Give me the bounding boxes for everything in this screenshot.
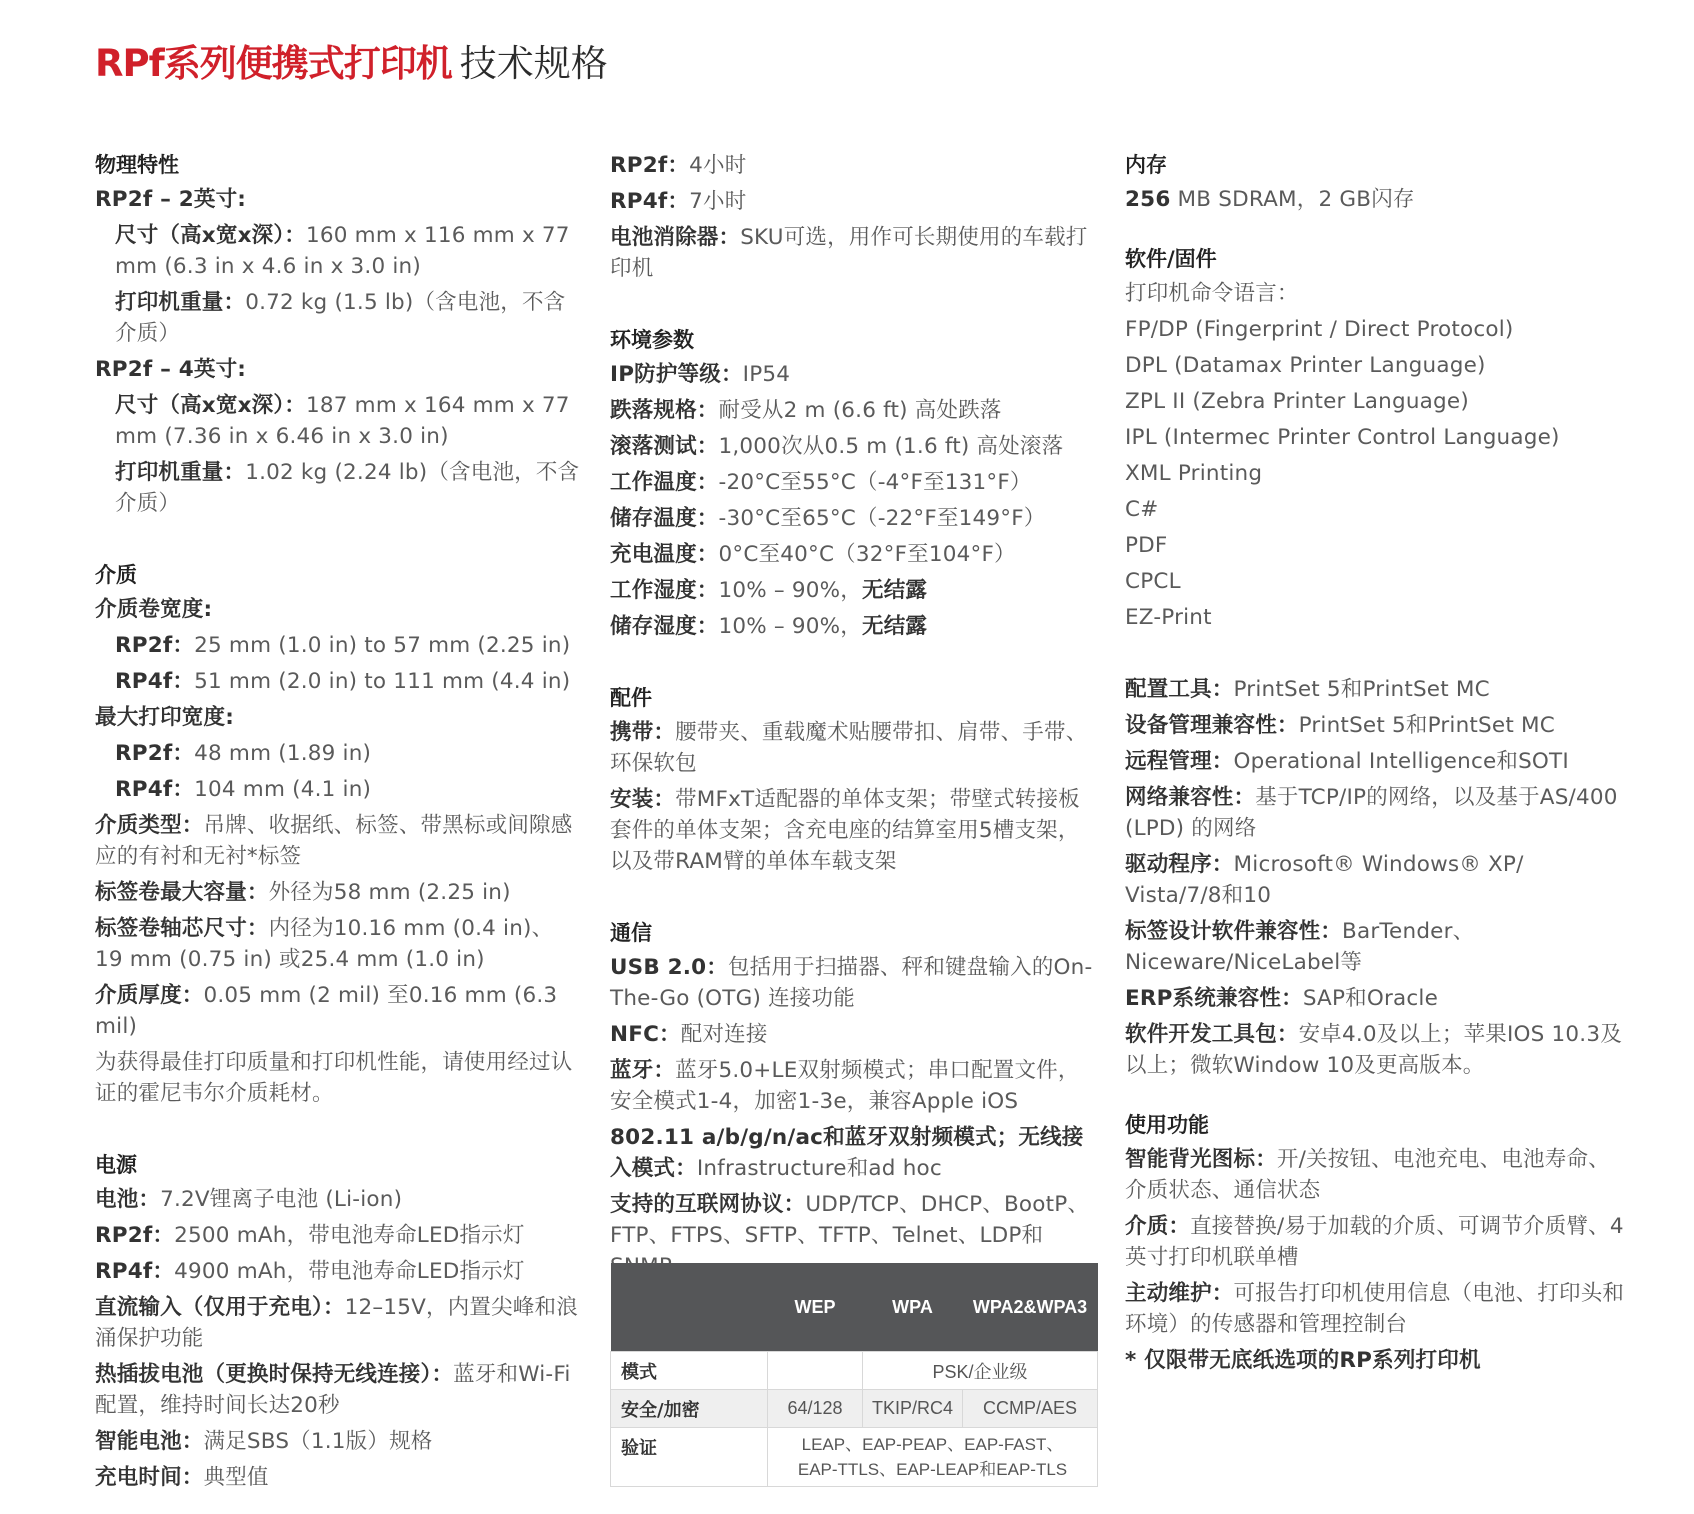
media-thickness: 介质厚度：0.05 mm (2 mil) 至0.16 mm (6.3 mil) [95,980,580,1042]
media-roll-width-heading: 介质卷宽度: [95,594,580,625]
table-cell-auth: LEAP、EAP-PEAP、EAP-FAST、 EAP-TTLS、EAP-LEA… [768,1428,1098,1487]
software-language: IPL (Intermec Printer Control Language) [1125,422,1625,453]
software-language: FP/DP (Fingerprint / Direct Protocol) [1125,314,1625,345]
table-row-label: 安全/加密 [611,1390,768,1428]
comm-wifi: 802.11 a/b/g/n/ac和蓝牙双射频模式；无线接入模式：Infrast… [610,1122,1100,1184]
env-item: 工作温度：-20°C至55°C（-4°F至131°F） [610,467,1100,498]
section-heading-media: 介质 [95,560,580,590]
physical-rp2f-dimensions: 尺寸（高x宽x深）：160 mm x 116 mm x 77 mm (6.3 i… [95,220,580,282]
physical-rp2f-weight: 打印机重量：0.72 kg (1.5 lb)（含电池，不含介质） [95,287,580,349]
env-item: 滚落测试：1,000次从0.5 m (1.6 ft) 高处滚落 [610,431,1100,462]
power-charge-rp4f: RP4f：7小时 [610,186,1100,217]
comm-nfc: NFC：配对连接 [610,1019,1100,1050]
column-left: 物理特性 RP2f – 2英寸: 尺寸（高x宽x深）：160 mm x 116 … [95,150,580,1498]
wireless-security-table: WEP WPA WPA2&WPA3 模式 PSK/企业级 安全/加密 64/12… [610,1263,1098,1487]
software-item: 标签设计软件兼容性：BarTender、Niceware/NiceLabel等 [1125,916,1625,978]
power-dc-input: 直流输入（仅用于充电）：12–15V，内置尖峰和浪涌保护功能 [95,1292,580,1354]
footnote: * 仅限带无底纸选项的RP系列打印机 [1125,1345,1625,1376]
section-heading-power: 电源 [95,1150,580,1180]
section-heading-physical: 物理特性 [95,150,580,180]
env-item: IP防护等级：IP54 [610,359,1100,390]
media-core-size: 标签卷轴芯尺寸：内径为10.16 mm (0.4 in)、19 mm (0.75… [95,913,580,975]
software-item: 设备管理兼容性：PrintSet 5和PrintSet MC [1125,710,1625,741]
software-language: C# [1125,494,1625,525]
physical-rp4f-weight: 打印机重量：1.02 kg (2.24 lb)（含电池，不含介质） [95,457,580,519]
page-title: RPf系列便携式打印机技术规格 [95,38,608,90]
media-roll-width-rp4f: RP4f：51 mm (2.0 in) to 111 mm (4.4 in) [95,666,580,697]
usage-item: 主动维护：可报告打印机使用信息（电池、打印头和环境）的传感器和管理控制台 [1125,1278,1625,1340]
comm-bluetooth: 蓝牙：蓝牙5.0+LE双射频模式；串口配置文件，安全模式1-4，加密1-3e，兼… [610,1055,1100,1117]
media-max-print-rp2f: RP2f：48 mm (1.89 in) [95,738,580,769]
auth-line-2: EAP-TTLS、EAP-LEAP和EAP-TLS [774,1457,1091,1482]
media-note: 为获得最佳打印质量和打印机性能，请使用经过认证的霍尼韦尔介质耗材。 [95,1047,580,1109]
usage-item: 智能背光图标：开/关按钮、电池充电、电池寿命、介质状态、通信状态 [1125,1144,1625,1206]
env-item: 充电温度：0°C至40°C（32°F至104°F） [610,539,1100,570]
table-row-label: 模式 [611,1352,768,1390]
section-heading-memory: 内存 [1125,150,1625,180]
physical-rp2f-heading: RP2f – 2英寸: [95,184,580,215]
software-language: EZ-Print [1125,602,1625,633]
software-item: ERP系统兼容性：SAP和Oracle [1125,983,1625,1014]
power-hot-swap: 热插拔电池（更换时保持无线连接）：蓝牙和Wi-Fi配置，维持时间长达20秒 [95,1359,580,1421]
section-heading-software: 软件/固件 [1125,244,1625,274]
accessories-carry: 携带：腰带夹、重载魔术贴腰带扣、肩带、手带、环保软包 [610,717,1100,779]
env-item: 储存湿度：10% – 90%，无结露 [610,611,1100,642]
table-row-label: 验证 [611,1428,768,1487]
column-middle: RP2f：4小时 RP4f：7小时 电池消除器：SKU可选，用作可长期使用的车载… [610,150,1100,1287]
section-heading-accessories: 配件 [610,683,1100,713]
memory-value: 256 MB SDRAM，2 GB闪存 [1125,184,1625,215]
table-row: 安全/加密 64/128 TKIP/RC4 CCMP/AES [611,1390,1098,1428]
title-suffix: 技术规格 [460,42,608,85]
media-type: 介质类型：吊牌、收据纸、标签、带黑标或间隙感应的有衬和无衬*标签 [95,810,580,872]
software-item: 驱动程序：Microsoft® Windows® XP/ Vista/7/8和1… [1125,849,1625,911]
section-heading-communication: 通信 [610,918,1100,948]
table-cell: TKIP/RC4 [863,1390,963,1428]
column-right: 内存 256 MB SDRAM，2 GB闪存 软件/固件 打印机命令语言： FP… [1125,150,1625,1381]
table-cell: PSK/企业级 [863,1352,1098,1390]
env-item: 跌落规格：耐受从2 m (6.6 ft) 高处跌落 [610,395,1100,426]
table-header-cell: WPA [863,1263,963,1352]
software-language: PDF [1125,530,1625,561]
power-battery-eliminator: 电池消除器：SKU可选，用作可长期使用的车载打印机 [610,222,1100,284]
table-cell: CCMP/AES [963,1390,1098,1428]
software-cmd-lang-heading: 打印机命令语言： [1125,278,1625,309]
power-charge-rp2f: RP2f：4小时 [610,150,1100,181]
media-roll-width-rp2f: RP2f：25 mm (1.0 in) to 57 mm (2.25 in) [95,630,580,661]
power-smart-battery: 智能电池：满足SBS（1.1版）规格 [95,1426,580,1457]
section-heading-usage: 使用功能 [1125,1110,1625,1140]
table-header-cell: WPA2&WPA3 [963,1263,1098,1352]
section-heading-environment: 环境参数 [610,325,1100,355]
media-max-capacity: 标签卷最大容量：外径为58 mm (2.25 in) [95,877,580,908]
table-row: 模式 PSK/企业级 [611,1352,1098,1390]
physical-rp4f-dimensions: 尺寸（高x宽x深）：187 mm x 164 mm x 77 mm (7.36 … [95,390,580,452]
software-language: CPCL [1125,566,1625,597]
table-cell [768,1352,863,1390]
table-header-cell [611,1263,768,1352]
table-header-cell: WEP [768,1263,863,1352]
power-rp4f: RP4f：4900 mAh，带电池寿命LED指示灯 [95,1256,580,1287]
software-item: 配置工具：PrintSet 5和PrintSet MC [1125,674,1625,705]
auth-line-1: LEAP、EAP-PEAP、EAP-FAST、 [774,1432,1091,1457]
env-item: 工作湿度：10% – 90%，无结露 [610,575,1100,606]
media-max-print-heading: 最大打印宽度: [95,702,580,733]
software-language: DPL (Datamax Printer Language) [1125,350,1625,381]
software-language: XML Printing [1125,458,1625,489]
usage-item: 介质：直接替换/易于加载的介质、可调节介质臂、4英寸打印机联单槽 [1125,1211,1625,1273]
title-product: RPf系列便携式打印机 [95,42,452,85]
power-charge-time: 充电时间：典型值 [95,1462,580,1493]
table-cell: 64/128 [768,1390,863,1428]
software-item: 远程管理：Operational Intelligence和SOTI [1125,746,1625,777]
software-language: ZPL II (Zebra Printer Language) [1125,386,1625,417]
accessories-mount: 安装：带MFxT适配器的单体支架；带壁式转接板套件的单体支架；含充电座的结算室用… [610,784,1100,877]
power-battery: 电池：7.2V锂离子电池 (Li-ion) [95,1184,580,1215]
table-row: 验证 LEAP、EAP-PEAP、EAP-FAST、 EAP-TTLS、EAP-… [611,1428,1098,1487]
power-rp2f: RP2f：2500 mAh，带电池寿命LED指示灯 [95,1220,580,1251]
physical-rp4f-heading: RP2f – 4英寸: [95,354,580,385]
comm-usb: USB 2.0：包括用于扫描器、秤和键盘输入的On-The-Go (OTG) 连… [610,952,1100,1014]
software-item: 网络兼容性：基于TCP/IP的网络，以及基于AS/400 (LPD) 的网络 [1125,782,1625,844]
software-item: 软件开发工具包：安卓4.0及以上；苹果IOS 10.3及以上；微软Window … [1125,1019,1625,1081]
media-max-print-rp4f: RP4f：104 mm (4.1 in) [95,774,580,805]
env-item: 储存温度：-30°C至65°C（-22°F至149°F） [610,503,1100,534]
table-header-row: WEP WPA WPA2&WPA3 [611,1263,1098,1352]
